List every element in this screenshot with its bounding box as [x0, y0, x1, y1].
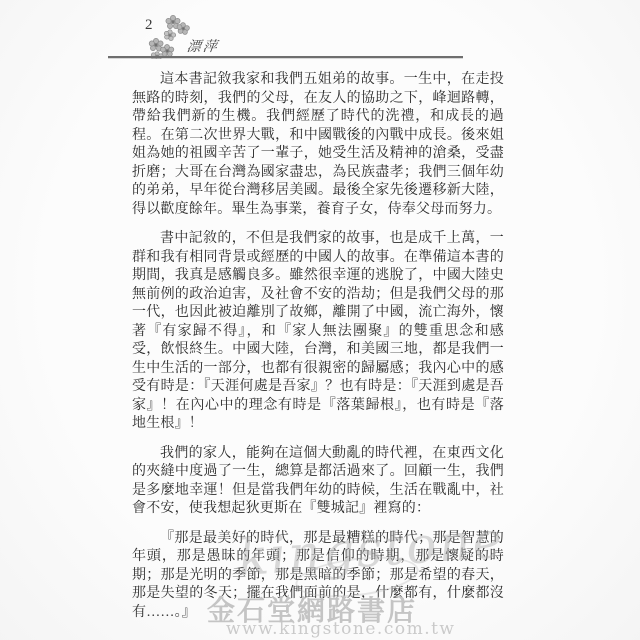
- paragraph-reflection: 書中記敘的，不但是我們家的故事，也是成千上萬，一群和我有相同背景或經歷的中國人的…: [132, 230, 504, 434]
- page-body: 這本書記敘我家和我們五姐弟的故事。一生中，在走投無路的時刻，我們的父母，在友人的…: [132, 71, 504, 622]
- scanned-book-page: 2: [0, 0, 640, 640]
- running-title: 漂萍: [186, 36, 221, 56]
- paragraph-intro: 這本書記敘我家和我們五姐弟的故事。一生中，在走投無路的時刻，我們的父母，在友人的…: [132, 71, 504, 219]
- header-rule: [108, 56, 463, 58]
- bookstore-url-watermark: www.kingstone.com.tw: [226, 619, 455, 639]
- paragraph-family: 我們的家人，能夠在這個大動亂的時代裡，在東西文化的夾縫中度過了一生，總算是都活過…: [132, 445, 504, 519]
